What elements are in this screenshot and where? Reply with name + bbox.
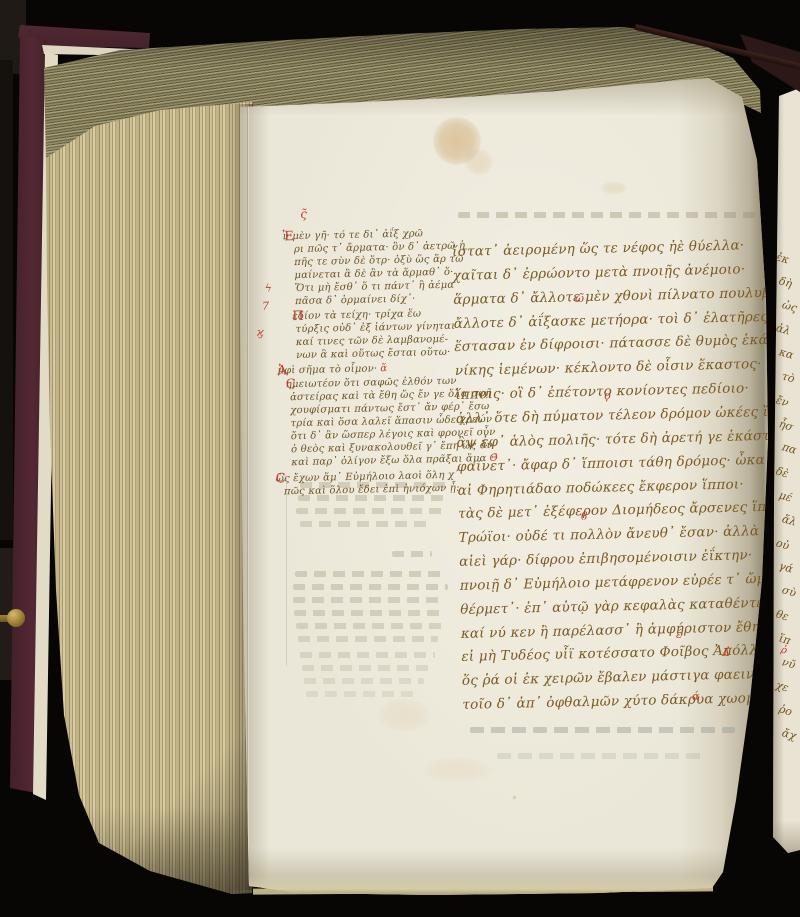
facing-page-line-fragment: σὺ (780, 583, 797, 599)
facing-page-line-fragment: ἄλ (780, 512, 797, 528)
rubric-accent: ϙ (604, 389, 611, 402)
manuscript-photo: ς̃ϟ7ϗἘν μὲν γῆ· τό τε δι᾽ ἀΐξ χρῶρι πῶς … (0, 0, 800, 917)
facing-page-line-fragment: ὡς (781, 298, 799, 315)
facing-page-line-fragment: ῥο (777, 703, 793, 719)
facing-page-line-fragment: ἀλ (774, 322, 791, 338)
background-shadow (0, 60, 13, 540)
facing-page-line-fragment: δὴ (777, 274, 793, 290)
facing-page-line-fragment: μέ (777, 488, 793, 504)
facing-page-line-fragment: κα (777, 345, 795, 362)
facing-page-line-fragment: ἐκ (774, 250, 790, 266)
rubric-accent: ϐ (581, 510, 587, 523)
rubric-accent: ω̃ (575, 292, 584, 305)
rubric-accent: έ (676, 628, 682, 641)
facing-page-line-fragment: τὸ (780, 369, 796, 385)
rubric-accent: Δ̓ (722, 646, 730, 659)
facing-page-line-fragment: οὐ (774, 536, 790, 552)
facing-page-line-fragment: γά (777, 560, 794, 576)
facing-page-line-fragment: ἄχ (780, 726, 797, 742)
facing-page-line-fragment: πα (780, 441, 798, 458)
facing-page-line-fragment: θε (774, 608, 790, 624)
facing-page-line-fragment: νῦ (780, 655, 796, 671)
clasp-knob (7, 609, 25, 627)
rubric-accent: ά (692, 690, 699, 703)
facing-page-line-fragment: δὲ (774, 465, 790, 481)
facing-page-line-fragment: ἦσ (777, 417, 794, 433)
facing-page-red-mark: ῤ (780, 644, 789, 656)
facing-page-line-fragment: χε (774, 679, 790, 695)
facing-page-line-fragment: ἔν (774, 393, 790, 409)
